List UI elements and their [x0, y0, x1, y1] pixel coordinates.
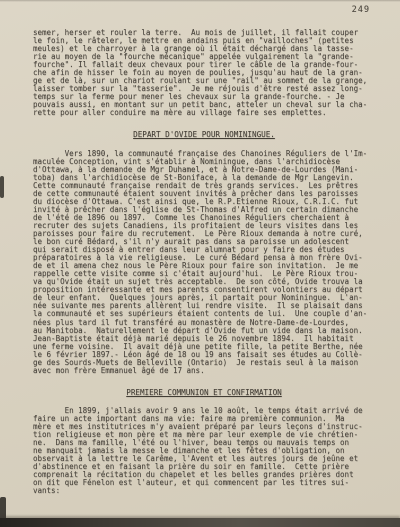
section-heading-premiere-communion: PREMIERE COMMUNION ET CONFIRMATION	[33, 389, 375, 397]
page-number: 249	[352, 5, 370, 15]
text-column: semer, herser et rouler la terre. Au moi…	[33, 29, 375, 495]
paragraph-premiere-communion: En 1899, j'allais avoir 9 ans le 10 août…	[33, 407, 375, 496]
scanned-page: 249 semer, herser et rouler la terre. Au…	[0, 0, 400, 527]
section-heading-depart-ovide: DEPART D'OVIDE POUR NOMININGUE.	[33, 131, 375, 139]
scan-bottom-edge-shadow	[0, 518, 400, 527]
scan-left-mark	[0, 176, 4, 198]
paragraph-depart-ovide: Vers 1890, la communauté française des C…	[33, 150, 375, 375]
scan-top-edge	[0, 0, 400, 2]
paragraph-farm-work: semer, herser et rouler la terre. Au moi…	[33, 29, 375, 118]
